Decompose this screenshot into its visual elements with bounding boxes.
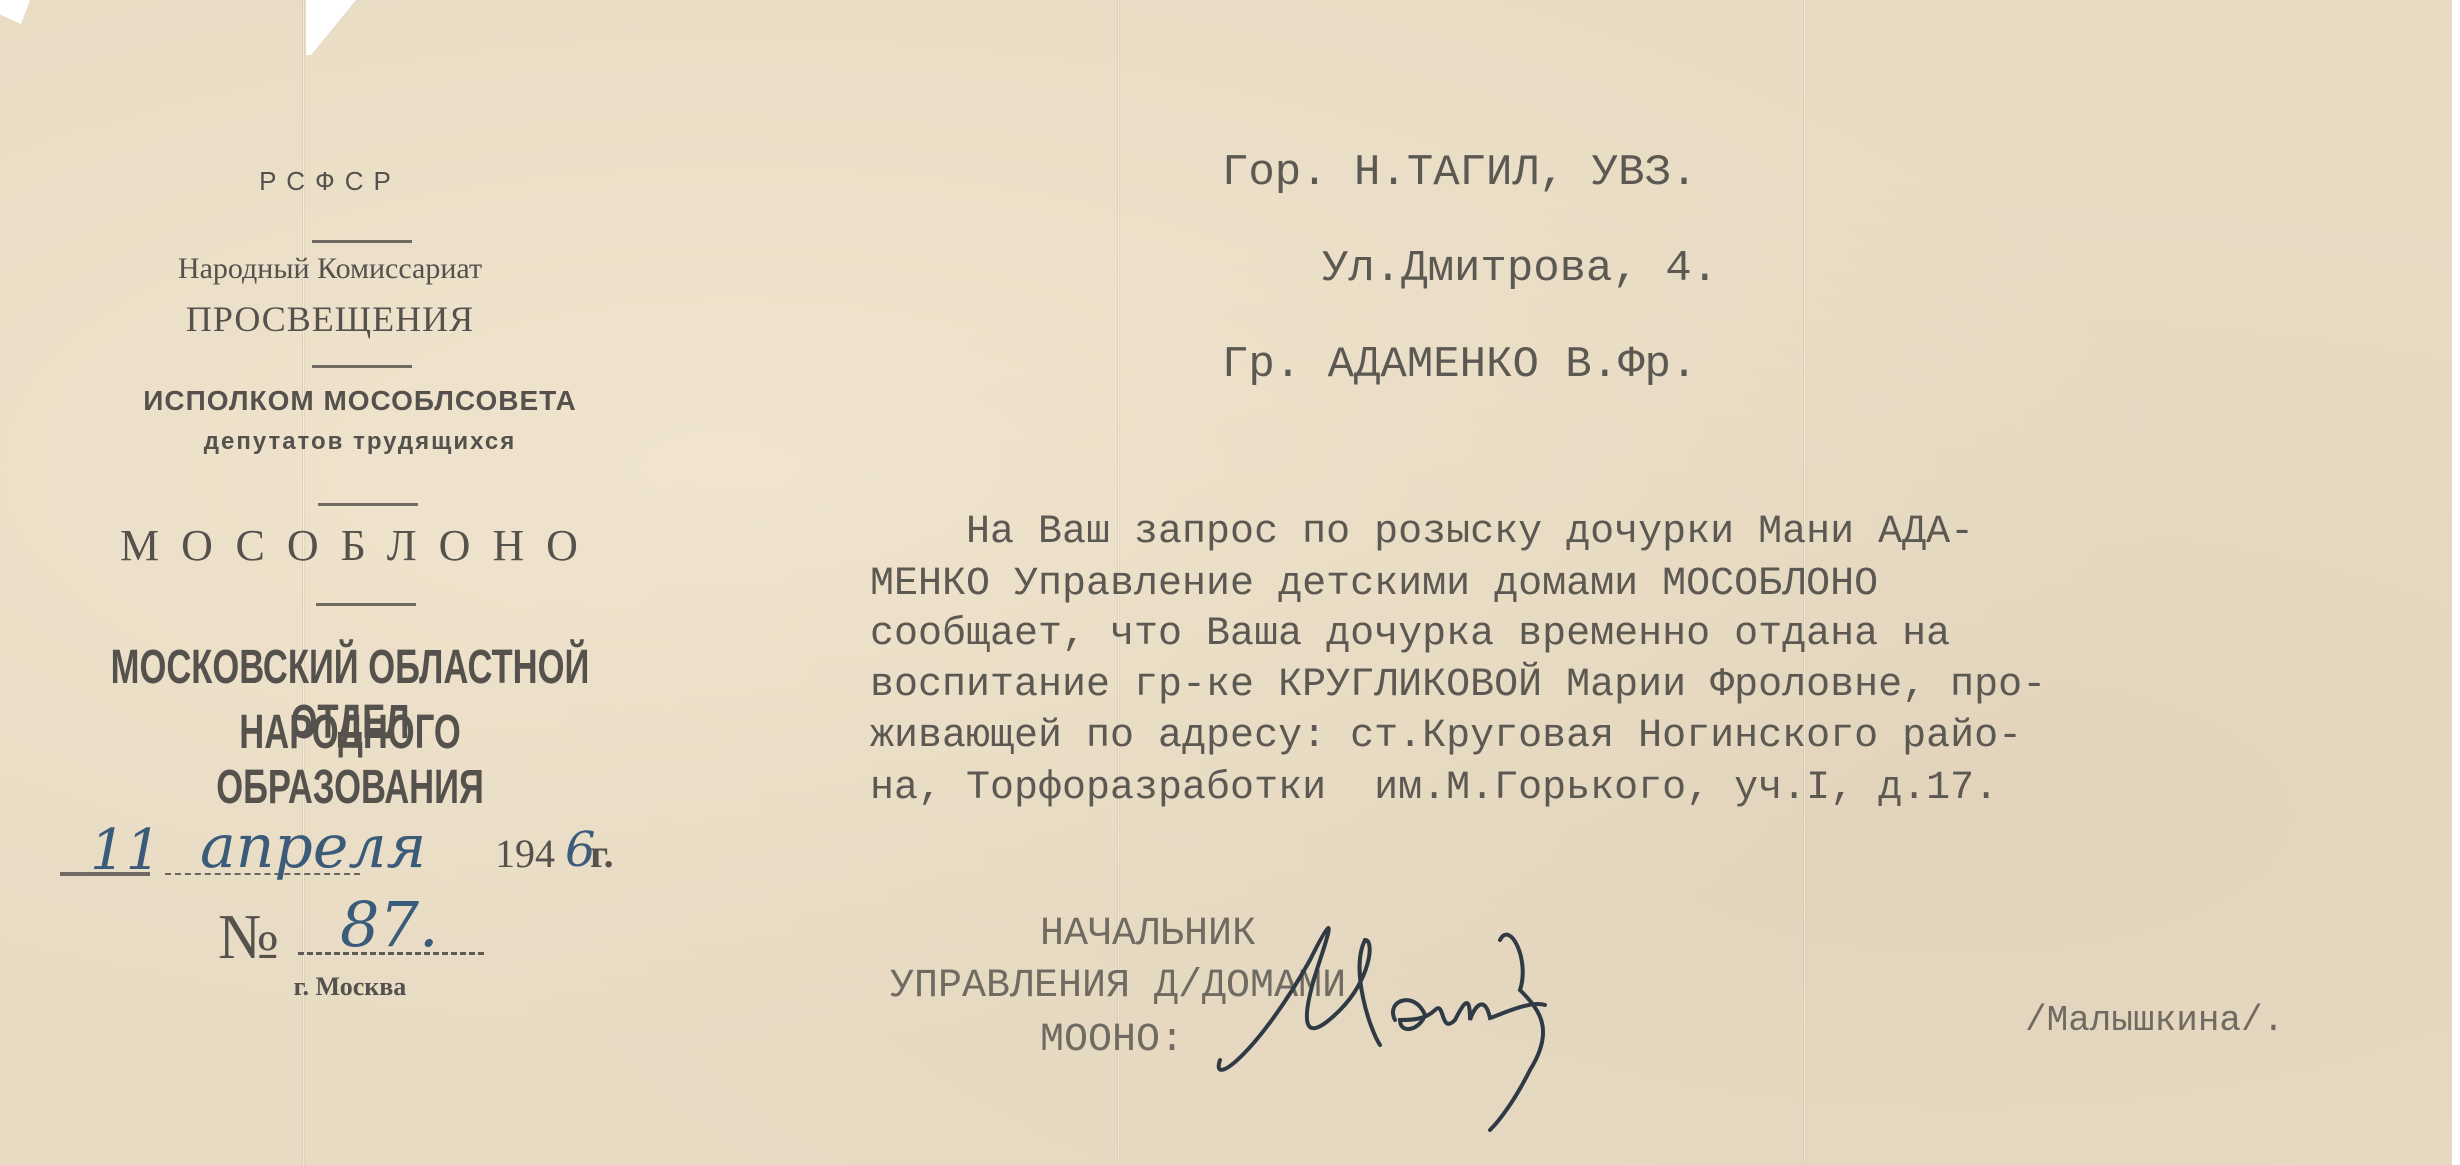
number-value: 87. xyxy=(340,888,439,961)
body-line: сообщает, что Ваша дочурка временно отда… xyxy=(870,612,1950,657)
addressee-street: Ул.Дмитрова, 4. xyxy=(1322,244,1718,294)
divider xyxy=(312,240,412,243)
addressee-name: Гр. АДАМЕНКО В.Фр. xyxy=(1222,340,1697,390)
divider xyxy=(316,603,416,606)
letterhead-commissariat-line2: ПРОСВЕЩЕНИЯ xyxy=(110,298,550,340)
date-year-prefix: 194 xyxy=(495,830,555,877)
signature-title-line3: МООНО: xyxy=(1040,1018,1184,1063)
body-line: на, Торфоразработки им.М.Горького, уч.I,… xyxy=(870,766,1998,811)
letterhead-commissariat-line1: Народный Комиссариат xyxy=(110,252,550,286)
signatory-name: /Малышкина/. xyxy=(2025,1000,2284,1041)
body-line: МЕНКО Управление детскими домами МОСОБЛО… xyxy=(870,562,1878,607)
page-edge xyxy=(2452,0,2460,1165)
body-line: На Ваш запрос по розыску дочурки Мани АД… xyxy=(870,510,1974,555)
handwritten-signature xyxy=(1200,900,1840,1140)
body-line: живающей по адресу: ст.Круговая Ногинско… xyxy=(870,714,2022,759)
divider xyxy=(318,503,418,506)
letterhead-department-abbrev: МОСОБЛОНО xyxy=(80,520,640,571)
letterhead-department-full-line2: НАРОДНОГО ОБРАЗОВАНИЯ xyxy=(134,705,566,815)
letterhead-executive-line2: депутатов трудящихся xyxy=(110,428,610,456)
letterhead-executive-line1: ИСПОЛКОМ МОСОБЛСОВЕТА xyxy=(60,385,660,417)
body-line: воспитание гр-ке КРУГЛИКОВОЙ Марии Фроло… xyxy=(870,663,2046,708)
letterhead-city: г. Москва xyxy=(230,972,470,1002)
date-month: апреля xyxy=(200,812,426,882)
number-label: № xyxy=(218,900,279,974)
divider xyxy=(312,365,412,368)
date-day: 11 xyxy=(90,818,161,883)
letterhead-republic: РСФСР xyxy=(230,166,430,197)
date-year-g: г. xyxy=(590,830,614,877)
addressee-city: Гор. Н.ТАГИЛ, УВЗ. xyxy=(1222,148,1697,198)
